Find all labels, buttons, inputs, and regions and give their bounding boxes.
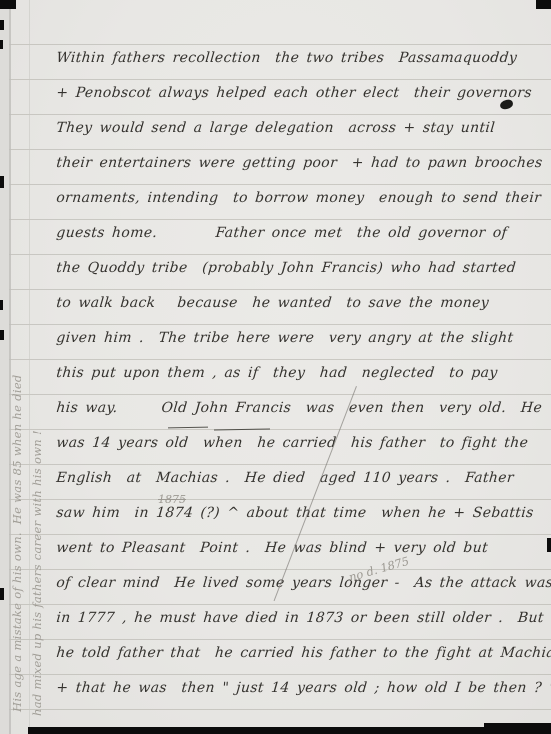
manuscript-line: English at Machias . He died aged 110 ye… [54, 470, 548, 505]
film-mark-top-right [536, 0, 551, 9]
manuscript-line: this put upon them , as if they had negl… [54, 365, 548, 400]
pencil-struck-year: 1875 [158, 493, 186, 506]
manuscript-line: to walk back because he wanted to save t… [54, 295, 548, 330]
manuscript-line: went to Pleasant Point . He was blind + … [54, 540, 548, 575]
manuscript-line: + that he was then " just 14 years old ;… [54, 680, 548, 715]
manuscript-page: Within fathers recollection the two trib… [0, 0, 551, 734]
text-lines: Within fathers recollection the two trib… [54, 50, 545, 715]
manuscript-line: in 1777 , he must have died in 1873 or b… [54, 610, 548, 645]
manuscript-line: given him . The tribe here were very ang… [54, 330, 548, 365]
margin-note-line2: had mixed up his fathers career with his… [30, 250, 44, 716]
film-mark-top-left [0, 0, 16, 9]
edge-speck [547, 538, 551, 552]
manuscript-line: + Penobscot always helped each other ele… [54, 85, 548, 120]
manuscript-line: was 14 years old when he carried his fat… [54, 435, 548, 470]
manuscript-line: he told father that he carried his fathe… [54, 645, 548, 680]
edge-speck [0, 300, 3, 310]
manuscript-line: They would send a large delegation acros… [54, 120, 548, 155]
edge-speck [0, 588, 4, 600]
manuscript-line: their entertainers were getting poor + h… [54, 155, 548, 190]
film-bar-bottom [28, 727, 551, 734]
manuscript-line: of clear mind He lived some years longer… [54, 575, 548, 610]
film-bar-bottom-right [484, 723, 551, 734]
manuscript-line: his way. Old John Francis was even then … [54, 400, 548, 435]
manuscript-line: the Quoddy tribe (probably John Francis)… [54, 260, 548, 295]
manuscript-line: saw him in 1874 (?) ^ about that time wh… [54, 505, 548, 540]
edge-speck [0, 176, 4, 188]
edge-speck [0, 330, 4, 340]
edge-speck [0, 40, 3, 49]
page-edge-strip [0, 0, 9, 734]
manuscript-line: guests home. Father once met the old gov… [54, 225, 548, 260]
margin-note-line1: His age a mistake of his own. He was 85 … [10, 230, 24, 712]
manuscript-line: Within fathers recollection the two trib… [54, 50, 548, 85]
edge-speck [0, 20, 4, 30]
manuscript-line: ornaments, intending to borrow money eno… [54, 190, 548, 225]
